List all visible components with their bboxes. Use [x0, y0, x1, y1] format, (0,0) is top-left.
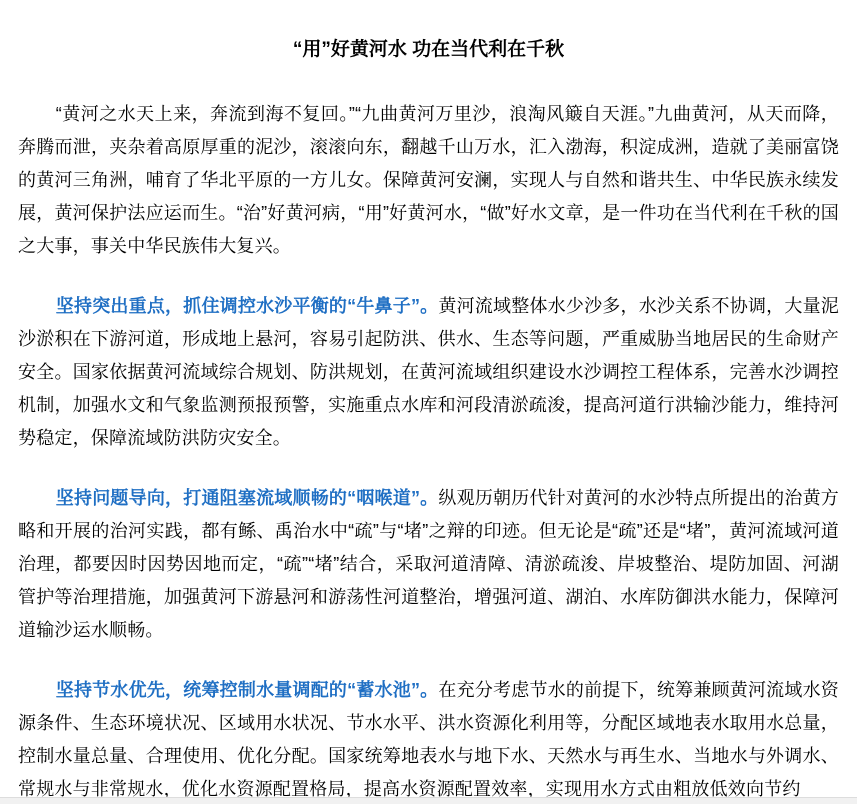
paragraph-lead: 坚持节水优先，统筹控制水量调配的“蓄水池”。 — [56, 680, 439, 700]
paragraph-lead: 坚持突出重点，抓住调控水沙平衡的“牛鼻子”。 — [56, 296, 439, 316]
paragraph-text: 黄河流域整体水少沙多，水沙关系不协调，大量泥沙淤积在下游河道，形成地上悬河，容易… — [18, 296, 839, 448]
paragraph: 坚持节水优先，统筹控制水量调配的“蓄水池”。在充分考虑节水的前提下，统筹兼顾黄河… — [18, 674, 839, 804]
page-title: “用”好黄河水 功在当代利在千秋 — [18, 36, 839, 64]
paragraph-lead: 坚持问题导向，打通阻塞流域顺畅的“咽喉道”。 — [56, 488, 439, 508]
bottom-edge-strip — [0, 797, 857, 804]
paragraph-text: “黄河之水天上来，奔流到海不复回。”“九曲黄河万里沙，浪淘风簸自天涯。”九曲黄河… — [18, 104, 839, 256]
paragraph-text: 纵观历朝历代针对黄河的水沙特点所提出的治黄方略和开展的治河实践，都有鲧、禹治水中… — [18, 488, 839, 640]
paragraph: “黄河之水天上来，奔流到海不复回。”“九曲黄河万里沙，浪淘风簸自天涯。”九曲黄河… — [18, 98, 839, 263]
document-page: “用”好黄河水 功在当代利在千秋 “黄河之水天上来，奔流到海不复回。”“九曲黄河… — [0, 0, 857, 804]
article-body: “黄河之水天上来，奔流到海不复回。”“九曲黄河万里沙，浪淘风簸自天涯。”九曲黄河… — [18, 98, 839, 804]
paragraph: 坚持问题导向，打通阻塞流域顺畅的“咽喉道”。纵观历朝历代针对黄河的水沙特点所提出… — [18, 482, 839, 647]
paragraph: 坚持突出重点，抓住调控水沙平衡的“牛鼻子”。黄河流域整体水少沙多，水沙关系不协调… — [18, 290, 839, 455]
